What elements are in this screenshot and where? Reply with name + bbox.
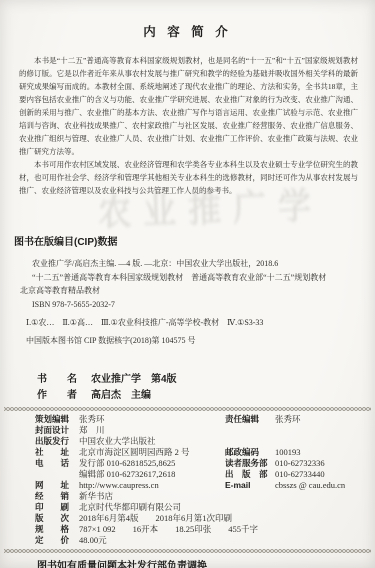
cip-data-header: 图书在版编目(CIP)数据 xyxy=(14,233,375,248)
field-label: 定 价 xyxy=(35,535,79,546)
book-title-row: 书 名 农业推广学 第4版 xyxy=(37,372,375,388)
field-value: 010-62733440 xyxy=(275,469,357,480)
field-label: 策划编辑 xyxy=(35,414,79,425)
squiggle-divider-bottom xyxy=(4,549,371,553)
field-label: 出 版 部 xyxy=(225,469,275,480)
intro-paragraph-2: 本书可用作农村区域发展、农业经济管理和农学类各专业本科生以及农业硕士专业学位研究… xyxy=(19,158,358,197)
field-label: 网 址 xyxy=(35,480,79,491)
field-label: 印 刷 xyxy=(35,502,79,513)
content-intro-body: 本书是“十二五”普通高等教育本科国家级规划教材，也是同名的“十一五”和“十五”国… xyxy=(19,54,358,197)
field-label: E-mail xyxy=(225,480,275,491)
cip-series-line-2: 北京高等教育精品教材 xyxy=(20,284,355,298)
publisher-row-price: 定 价 48.00元 xyxy=(20,535,357,546)
field-value: 张秀环 xyxy=(275,414,357,425)
field-label: 读者服务部 xyxy=(225,458,275,469)
publisher-row-phone-2: 编辑部 010-62732617,2618 出 版 部 010-62733440 xyxy=(20,469,357,480)
cip-data-block: 农业推广学/高启杰主编. —4 版. —北京：中国农业大学出版社，2018.6 … xyxy=(20,257,355,347)
field-value: 100193 xyxy=(275,447,357,458)
field-label: 出版发行 xyxy=(35,436,79,447)
cip-classification: Ⅰ.①农… Ⅱ.①高… Ⅲ.①农业科技推广-高等学校-教材 Ⅳ.①S3-33 xyxy=(26,316,355,330)
squiggle-divider-top xyxy=(4,407,371,411)
book-author-row: 作 者 高启杰 主编 xyxy=(37,388,375,404)
publisher-row-phone-1: 电 话 发行部 010-62818525,8625 读者服务部 010-6273… xyxy=(20,458,357,469)
field-label: 电 话 xyxy=(35,458,79,469)
field-value xyxy=(275,491,357,502)
field-value: 郑 川 xyxy=(79,425,225,436)
cip-series-line: “十二五”普通高等教育本科国家级规划教材 普通高等教育农业部“十二五”规划教材 xyxy=(32,271,355,285)
field-label: 规 格 xyxy=(35,524,79,535)
email-value: cbsszs @ cau.edu.cn xyxy=(275,480,357,491)
field-label xyxy=(35,469,79,480)
field-value: 北京时代华都印刷有限公司 xyxy=(79,502,225,513)
book-author-value: 高启杰 主编 xyxy=(91,388,151,404)
book-author-label: 作 者 xyxy=(37,388,77,404)
publisher-row-edition: 版 次 2018年6月第4版 2018年6月第1次印刷 xyxy=(20,513,357,524)
field-label xyxy=(225,425,275,436)
cip-record-number: 中国版本图书馆 CIP 数据核字(2018)第 104575 号 xyxy=(26,334,355,348)
publisher-row-website: 网 址 http://www.caupress.cn E-mail cbsszs… xyxy=(20,480,357,491)
publisher-row-publisher: 出版发行 中国农业大学出版社 xyxy=(20,436,357,447)
field-value: 新华书店 xyxy=(79,491,225,502)
field-value xyxy=(275,425,357,436)
publisher-row-printer: 印 刷 北京时代华都印刷有限公司 xyxy=(20,502,357,513)
cip-title-line: 农业推广学/高启杰主编. —4 版. —北京：中国农业大学出版社，2018.6 xyxy=(32,257,355,271)
field-label: 社 址 xyxy=(35,447,79,458)
publisher-row-distributor: 经 销 新华书店 xyxy=(20,491,357,502)
field-value: 北京市海淀区圆明园西路 2 号 xyxy=(79,447,225,458)
content-intro-title: 内 容 简 介 xyxy=(0,0,375,40)
field-label: 封面设计 xyxy=(35,425,79,436)
book-copyright-page: 内 容 简 介 本书是“十二五”普通高等教育本科国家级规划教材，也是同名的“十一… xyxy=(0,0,375,568)
field-value xyxy=(275,436,357,447)
field-value xyxy=(275,502,357,513)
field-label: 邮政编码 xyxy=(225,447,275,458)
publisher-row-address: 社 址 北京市海淀区圆明园西路 2 号 邮政编码 100193 xyxy=(20,447,357,458)
field-value: 010-62732336 xyxy=(275,458,357,469)
field-value: 中国农业大学出版社 xyxy=(79,436,225,447)
field-label: 经 销 xyxy=(35,491,79,502)
book-info-block: 书 名 农业推广学 第4版 作 者 高启杰 主编 xyxy=(37,372,375,404)
publisher-row-editors: 策划编辑 张秀环 责任编辑 张秀环 xyxy=(20,414,357,425)
field-label xyxy=(225,502,275,513)
intro-paragraph-1: 本书是“十二五”普通高等教育本科国家级规划教材，也是同名的“十一五”和“十五”国… xyxy=(19,54,358,158)
field-value: 787×1 092 16开本 18.25印张 455千字 xyxy=(79,524,258,535)
publisher-row-cover-design: 封面设计 郑 川 xyxy=(20,425,357,436)
field-label xyxy=(225,491,275,502)
website-url: http://www.caupress.cn xyxy=(79,480,225,491)
book-title-label: 书 名 xyxy=(37,372,77,388)
field-value: 发行部 010-62818525,8625 xyxy=(79,458,225,469)
cip-isbn: ISBN 978-7-5655-2032-7 xyxy=(32,298,355,312)
publisher-row-format: 规 格 787×1 092 16开本 18.25印张 455千字 xyxy=(20,524,357,535)
field-label: 责任编辑 xyxy=(225,414,275,425)
publisher-info-block: 策划编辑 张秀环 责任编辑 张秀环 封面设计 郑 川 出版发行 中国农业大学出版… xyxy=(20,414,357,546)
field-value: 2018年6月第4版 2018年6月第1次印刷 xyxy=(79,513,232,524)
book-title-value: 农业推广学 第4版 xyxy=(91,372,177,388)
field-label xyxy=(225,436,275,447)
field-label: 版 次 xyxy=(35,513,79,524)
field-value: 48.00元 xyxy=(79,535,225,546)
quality-notice: 图书如有质量问题本社发行部负责调换 xyxy=(37,557,375,568)
field-value: 张秀环 xyxy=(79,414,225,425)
field-value: 编辑部 010-62732617,2618 xyxy=(79,469,225,480)
